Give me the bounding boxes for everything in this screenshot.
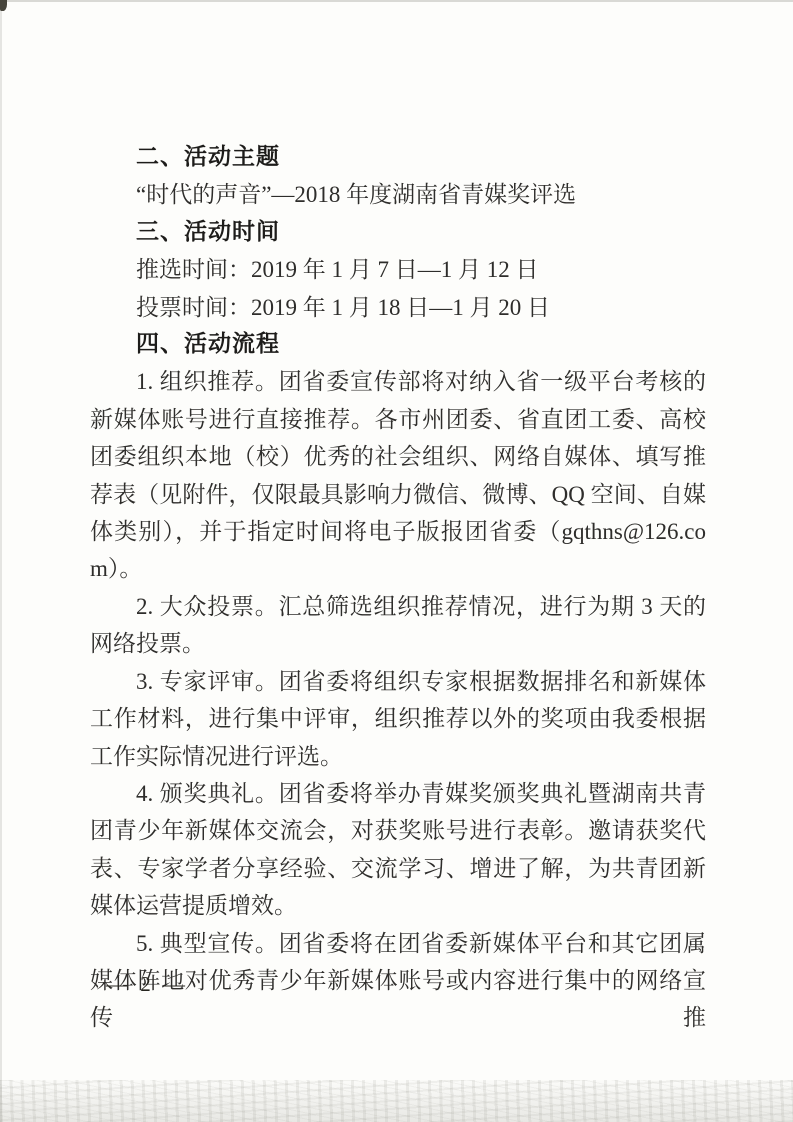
document-body: 二、活动主题 “时代的声音”—2018 年度湖南省青媒奖评选 三、活动时间 推选… bbox=[90, 139, 706, 1037]
paragraph-vote-time: 投票时间：2019 年 1 月 18 日—1 月 20 日 bbox=[90, 289, 706, 326]
heading-activity-process: 四、活动流程 bbox=[90, 326, 706, 363]
paragraph-step-3: 3. 专家评审。团省委将组织专家根据数据排名和新媒体工作材料，进行集中评审，组织… bbox=[90, 663, 706, 775]
scan-edge-top bbox=[0, 0, 793, 2]
heading-activity-theme: 二、活动主题 bbox=[90, 139, 706, 176]
scan-corner-speck bbox=[0, 0, 7, 11]
paragraph-step-2: 2. 大众投票。汇总筛选组织推荐情况，进行为期 3 天的网络投票。 bbox=[90, 588, 706, 663]
page-number: — 2 — bbox=[106, 972, 189, 997]
scan-edge-left bbox=[0, 0, 2, 1122]
paragraph-step-1: 1. 组织推荐。团省委宣传部将对纳入省一级平台考核的新媒体账号进行直接推荐。各市… bbox=[90, 363, 706, 587]
scan-noise-band bbox=[0, 1080, 793, 1122]
paragraph-theme: “时代的声音”—2018 年度湖南省青媒奖评选 bbox=[90, 176, 706, 213]
paragraph-step-4: 4. 颁奖典礼。团省委将举办青媒奖颁奖典礼暨湖南共青团青少年新媒体交流会，对获奖… bbox=[90, 775, 706, 925]
paragraph-recommend-time: 推选时间：2019 年 1 月 7 日—1 月 12 日 bbox=[90, 251, 706, 288]
heading-activity-time: 三、活动时间 bbox=[90, 214, 706, 251]
document-page: 二、活动主题 “时代的声音”—2018 年度湖南省青媒奖评选 三、活动时间 推选… bbox=[0, 0, 793, 1122]
